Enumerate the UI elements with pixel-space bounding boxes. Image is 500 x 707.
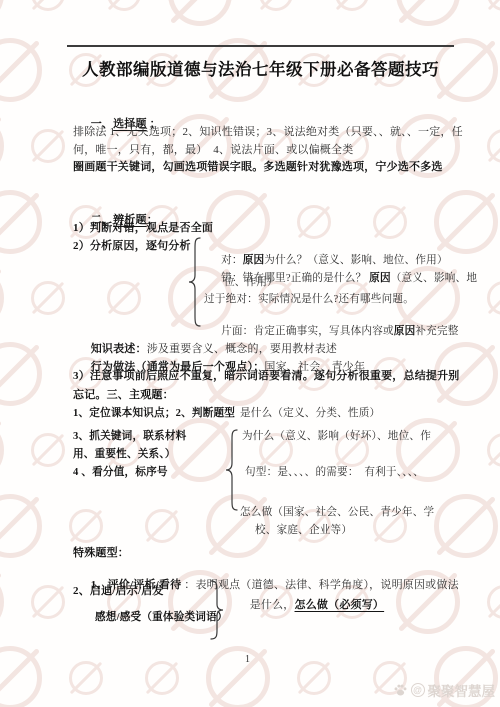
s2-branch-absolute: 过于绝对：实际情况是什么?还有哪些问题。	[204, 293, 414, 307]
s1-tip: 圈画题干关键词，勾画选项错误字眼。多选题针对犹豫选项，宁少选不多选	[73, 160, 443, 174]
s2-item2: 2）分析原因，逐句分析	[73, 239, 191, 253]
document-page: 人教部编版道德与法治七年级下册必备答题技巧 一、选择题 ； 排除法 1、无关选项…	[0, 0, 500, 707]
at-circle-icon: @	[411, 683, 425, 697]
s4-result: 是什么，怎么做（必须写）	[232, 584, 384, 626]
s4-item2: 2、启迪/启示/启发	[73, 584, 164, 598]
s3-left3: 用、重要性、关系、）	[73, 448, 176, 462]
s3-right5: 校、家庭、企业等）	[255, 524, 352, 538]
reason-keyword: 原因	[369, 273, 391, 284]
s3-left1: 1、定位课本知识点；2、判断题型	[73, 407, 235, 421]
s1-line1: 排除法 1、无关选项；2、知识性错误；3、说法绝对类（只要、、就、、一定，任	[73, 125, 463, 139]
page-title: 人教部编版道德与法治七年级下册必备答题技巧	[67, 56, 454, 80]
s3-left2: 3、抓关键词，联系材料	[73, 430, 186, 444]
s3-right3: 句型：是、、、、的需要： 有利于、、、、	[245, 466, 424, 480]
s3-right2: 为什么（意义、影响（好坏）、地位、作	[242, 430, 431, 444]
result-text: 是什么，	[250, 599, 295, 611]
s2-item1: 1）判断对错，观点是否全面	[73, 221, 213, 235]
brace-right-icon	[208, 580, 224, 640]
brace-left-icon	[188, 237, 202, 327]
paw-icon	[393, 683, 408, 697]
s3-right1: 是什么（定义、分类、性质）	[240, 407, 380, 421]
header-rule	[67, 45, 454, 47]
reason-keyword: 原因	[394, 326, 416, 337]
s2-item3-line1: 3）注意事项前后照应不重复，暗示词语要看清。逐句分析很重要，总结提升别	[73, 369, 460, 383]
s2-item3-line2-and-section3-heading: 忘记。三、主观题：	[73, 388, 174, 402]
document-content: 人教部编版道德与法治七年级下册必备答题技巧 一、选择题 ； 排除法 1、无关选项…	[0, 0, 500, 707]
s3-right4: 怎么做（国家、社会、公民、青少年、学	[240, 506, 434, 520]
s3-left4: 4 、看分值，标序号	[73, 466, 168, 480]
s1-line2: 何，唯一，只有，都，最） 4、说法片面、或以偏概全类	[73, 143, 353, 157]
branch-text: （意义、影响、地	[391, 273, 477, 284]
brace-left-icon	[225, 429, 239, 511]
watermark-account-name: 聚聚智慧屋	[428, 680, 496, 700]
corner-watermark: @ 聚聚智慧屋	[393, 680, 496, 700]
result-keyword: 怎么做（必须写）	[295, 599, 385, 611]
branch-text: 补充完整	[415, 326, 458, 337]
page-number: 1	[245, 654, 250, 665]
s2-branch-wrong-cont: 位、作用）	[224, 276, 278, 290]
section4-heading: 特殊题型：	[73, 546, 129, 560]
